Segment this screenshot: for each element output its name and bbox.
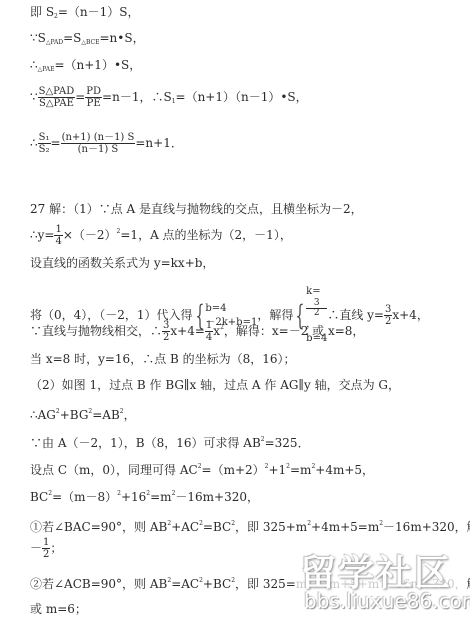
line-part-2: （2）如图 1，过点 B 作 BG∥x 轴，过点 A 作 AG∥y 轴，交点为 …: [30, 378, 400, 392]
text: ∴y=: [30, 228, 54, 242]
numerator: S△PAD: [38, 86, 76, 98]
line-point-a: ∴y=14×（－2）2=1，A 点的坐标为（2，－1），: [30, 224, 292, 247]
text: +BC: [203, 577, 231, 591]
line-case-acb: ②若∠ACB=90°，则 AB2=AC2+BC2，即 325=m2+4m+5+m…: [30, 574, 470, 591]
line-bc-squared: BC2=（m－8）2+162=m2－16m+320，: [30, 487, 259, 504]
equation: b=4: [205, 302, 257, 316]
fraction: PDPE: [85, 86, 102, 109]
text: 设点 C（m，0），同理可得 AC: [30, 463, 198, 477]
text: 27 解：（1）∵点 A 是直线与抛物线的交点，且横坐标为－2，: [30, 202, 363, 216]
text: =（n－1）S，: [58, 5, 140, 19]
text: =n－1，∴S: [102, 90, 172, 104]
denominator: S₂: [38, 144, 51, 155]
numerator: PD: [85, 86, 102, 98]
line-case-bac: ①若∠BAC=90°，则 AB2+AC2=BC2，即 325+m2+4m+5=m…: [30, 517, 470, 534]
text: k=: [306, 285, 327, 299]
text: 或 m=6；: [30, 602, 87, 616]
denominator: PE: [85, 98, 102, 109]
text: 设直线的函数关系式为 y=kx+b，: [30, 256, 214, 270]
text: ∵由 A（－2，1），B（8，16）可求得 AB: [30, 436, 261, 450]
subscript: △PAD: [46, 39, 63, 46]
denominator: (n－1) S: [61, 144, 136, 155]
text: =（n+1）（n－1）•S，: [176, 90, 308, 104]
line-point-b: 当 x=8 时，y=16，∴点 B 的坐标为（8，16）；: [30, 352, 296, 366]
text: ；: [50, 541, 62, 555]
fraction: S△PADS△PAE: [38, 86, 76, 109]
text: －16m+320，: [175, 490, 259, 504]
fraction: (n+1) (n－1) S(n－1) S: [61, 132, 136, 155]
fraction: 14: [54, 224, 62, 247]
text: =1，A 点的坐标为（2，－1），: [120, 228, 291, 242]
line-ab-squared: ∵由 A（－2，1），B（8，16）可求得 AB2=325．: [30, 433, 310, 450]
fraction: S₁S₂: [38, 132, 51, 155]
line-pythagoras: ∴AG2+BG2=AB2，: [30, 405, 136, 422]
fraction: 32: [306, 299, 327, 318]
text: ∴: [30, 136, 38, 150]
text: BC: [30, 490, 48, 504]
denominator: 2: [306, 309, 327, 318]
line-problem-27: 27 解：（1）∵点 A 是直线与抛物线的交点，且横坐标为－2，: [30, 202, 363, 216]
text: =n•S，: [100, 31, 145, 45]
text: x+4，: [392, 308, 428, 322]
text: =: [51, 136, 61, 150]
line-ac-squared: 设点 C（m，0），同理可得 AC2=（m+2）2+12=m2+4m+5，: [30, 460, 374, 477]
line-or-m6: 或 m=6；: [30, 602, 87, 616]
numerator: S₁: [38, 132, 51, 144]
numerator: (n+1) (n－1) S: [61, 132, 136, 144]
text: +BG: [60, 408, 89, 422]
subscript: △PAE: [38, 66, 55, 73]
text: ，: [124, 408, 136, 422]
text: =n+1．: [135, 136, 182, 150]
watermark-url: bbs.liuxue86.com: [304, 589, 470, 613]
text: =m: [150, 490, 171, 504]
text: x+4=: [170, 324, 205, 338]
text: 当 x=8 时，y=16，∴点 B 的坐标为（8，16）；: [30, 352, 296, 366]
text: （2）如图 1，过点 B 作 BG∥x 轴，过点 A 作 AG∥y 轴，交点为 …: [30, 378, 400, 392]
numerator: 1: [54, 224, 62, 236]
text: +1: [268, 463, 286, 477]
text: －: [30, 541, 42, 555]
line-intersection: ∵直线与抛物线相交，∴32x+4=14x2，解得：x=－2 或 x=8，: [30, 320, 364, 343]
text: ∴: [30, 58, 38, 72]
text: =（m+2）: [202, 463, 265, 477]
text: +4m+5，: [315, 463, 374, 477]
text: 即 S: [30, 5, 54, 19]
text: =m: [290, 463, 311, 477]
text: ×（－2）: [63, 228, 117, 242]
text: +AC: [171, 520, 199, 534]
line-s1-over-s2: ∴S₁S₂=(n+1) (n－1) S(n－1) S=n+1．: [30, 132, 183, 155]
text: ①若∠BAC=90°，则 AB: [30, 520, 167, 534]
text: +16: [121, 490, 146, 504]
text: ②若∠ACB=90°，则 AB: [30, 577, 167, 591]
text: =（m－8）: [52, 490, 117, 504]
text: =AC: [171, 577, 199, 591]
text: +4m+5+m: [311, 577, 379, 591]
text: ，解得：x=－2 或 x=8，: [224, 324, 365, 338]
text: =325．: [265, 436, 310, 450]
denominator: S△PAE: [38, 98, 76, 109]
text: ，即 325=m: [235, 577, 307, 591]
line-s2: 即 S2=（n－1）S，: [30, 5, 140, 24]
line-case-bac-result: －12；: [30, 537, 62, 560]
text: －16m+320，解得：m=0: [383, 577, 470, 591]
denominator: 4: [54, 236, 62, 247]
text: =BC: [203, 520, 231, 534]
text: ∵: [30, 90, 38, 104]
line-area-equality: ∵S△PAD=S△BCE=n•S，: [30, 31, 145, 50]
subscript: △BCE: [81, 39, 99, 46]
text: ∴AG: [30, 408, 56, 422]
text: +4m+5=m: [311, 520, 379, 534]
text: =S: [63, 31, 81, 45]
text: =（n+1）•S，: [54, 58, 141, 72]
text: ，即 325+m: [235, 520, 307, 534]
text: －16m+320，解得：m=: [383, 520, 470, 534]
line-ratio: ∵S△PADS△PAE=PDPE=n－1，∴S1=（n+1）（n－1）•S，: [30, 86, 308, 109]
text: =: [75, 90, 85, 104]
line-spae: ∴△PAE=（n+1）•S，: [30, 58, 141, 77]
text: ∵S: [30, 31, 46, 45]
text: =AB: [92, 408, 120, 422]
line-line-equation: 设直线的函数关系式为 y=kx+b，: [30, 256, 214, 270]
text: ∵直线与抛物线相交，∴: [30, 324, 162, 338]
